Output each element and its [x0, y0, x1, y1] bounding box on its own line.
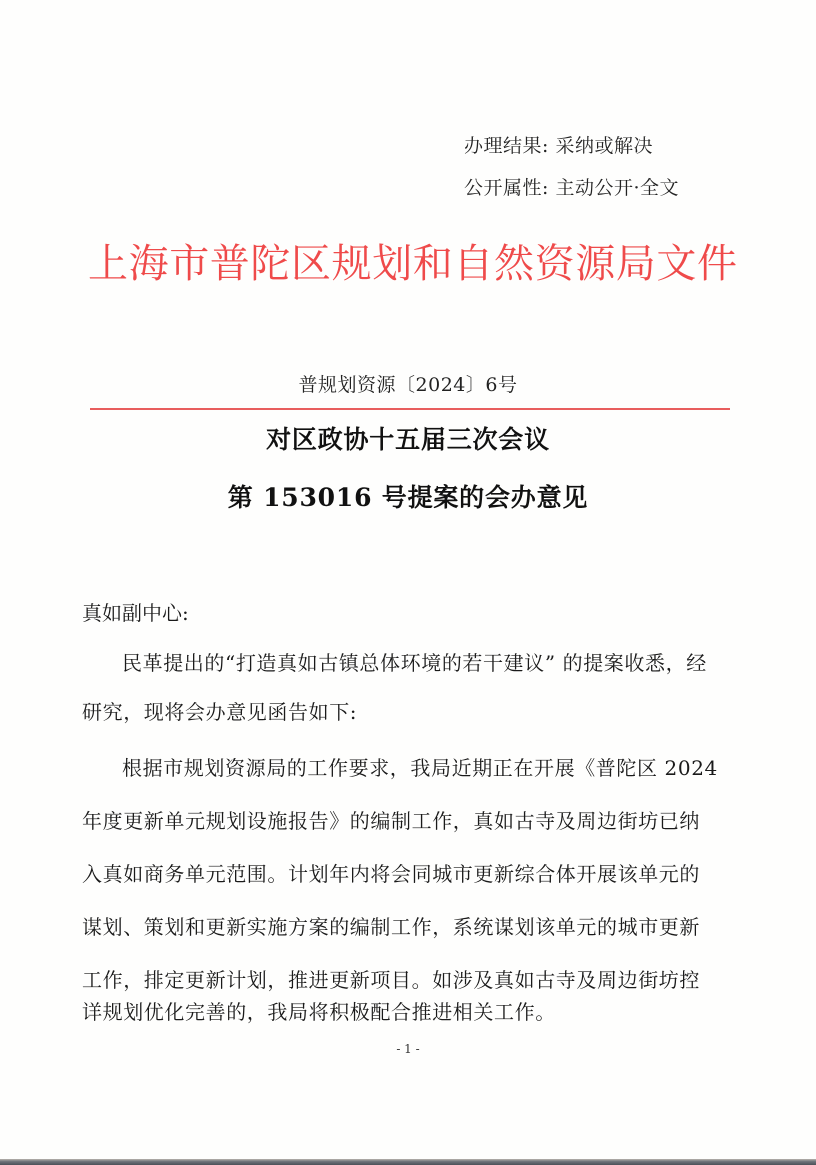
handling-result-label: 办理结果: — [464, 135, 549, 157]
disclosure-value: 主动公开·全文 — [555, 177, 679, 199]
body-paragraph-2-line-5: 工作，排定更新计划，推进更新项目。如涉及真如古寺及周边街坊控 — [82, 964, 742, 993]
page-number: - 1 - — [0, 1042, 816, 1056]
red-masthead: 上海市普陀区规划和自然资源局文件 — [88, 232, 748, 289]
body-paragraph-2-line-1: 根据市规划资源局的工作要求，我局近期正在开展《普陀区 2024 — [122, 752, 782, 781]
body-paragraph-2-line-3: 入真如商务单元范围。计划年内将会同城市更新综合体开展该单元的 — [82, 858, 742, 887]
body-paragraph-2-line-6: 详规划优化完善的，我局将积极配合推进相关工作。 — [82, 996, 742, 1025]
handling-result: 办理结果: 采纳或解决 — [464, 131, 653, 158]
body-paragraph-1-line-1: 民革提出的“打造真如古镇总体环境的若干建议” 的提案收悉，经 — [122, 647, 782, 676]
scan-bottom-edge — [0, 1159, 816, 1165]
body-paragraph-2-line-2: 年度更新单元规划设施报告》的编制工作，真如古寺及周边街坊已纳 — [82, 805, 742, 834]
document-title-line-2: 第 153016 号提案的会办意见 — [0, 478, 816, 514]
red-divider-line — [90, 408, 730, 410]
disclosure-label: 公开属性: — [464, 177, 549, 199]
disclosure-attribute: 公开属性: 主动公开·全文 — [464, 173, 679, 200]
body-paragraph-2-line-4: 谋划、策划和更新实施方案的编制工作，系统谋划该单元的城市更新 — [82, 911, 742, 940]
body-paragraph-1-line-2: 研究，现将会办意见函告如下: — [82, 696, 742, 725]
document-page: 办理结果: 采纳或解决 公开属性: 主动公开·全文 上海市普陀区规划和自然资源局… — [0, 0, 816, 1165]
document-number: 普规划资源〔2024〕6号 — [0, 370, 816, 397]
document-title-line-1: 对区政协十五届三次会议 — [0, 420, 816, 456]
salutation: 真如副中心: — [82, 597, 189, 626]
handling-result-value: 采纳或解决 — [555, 135, 653, 157]
